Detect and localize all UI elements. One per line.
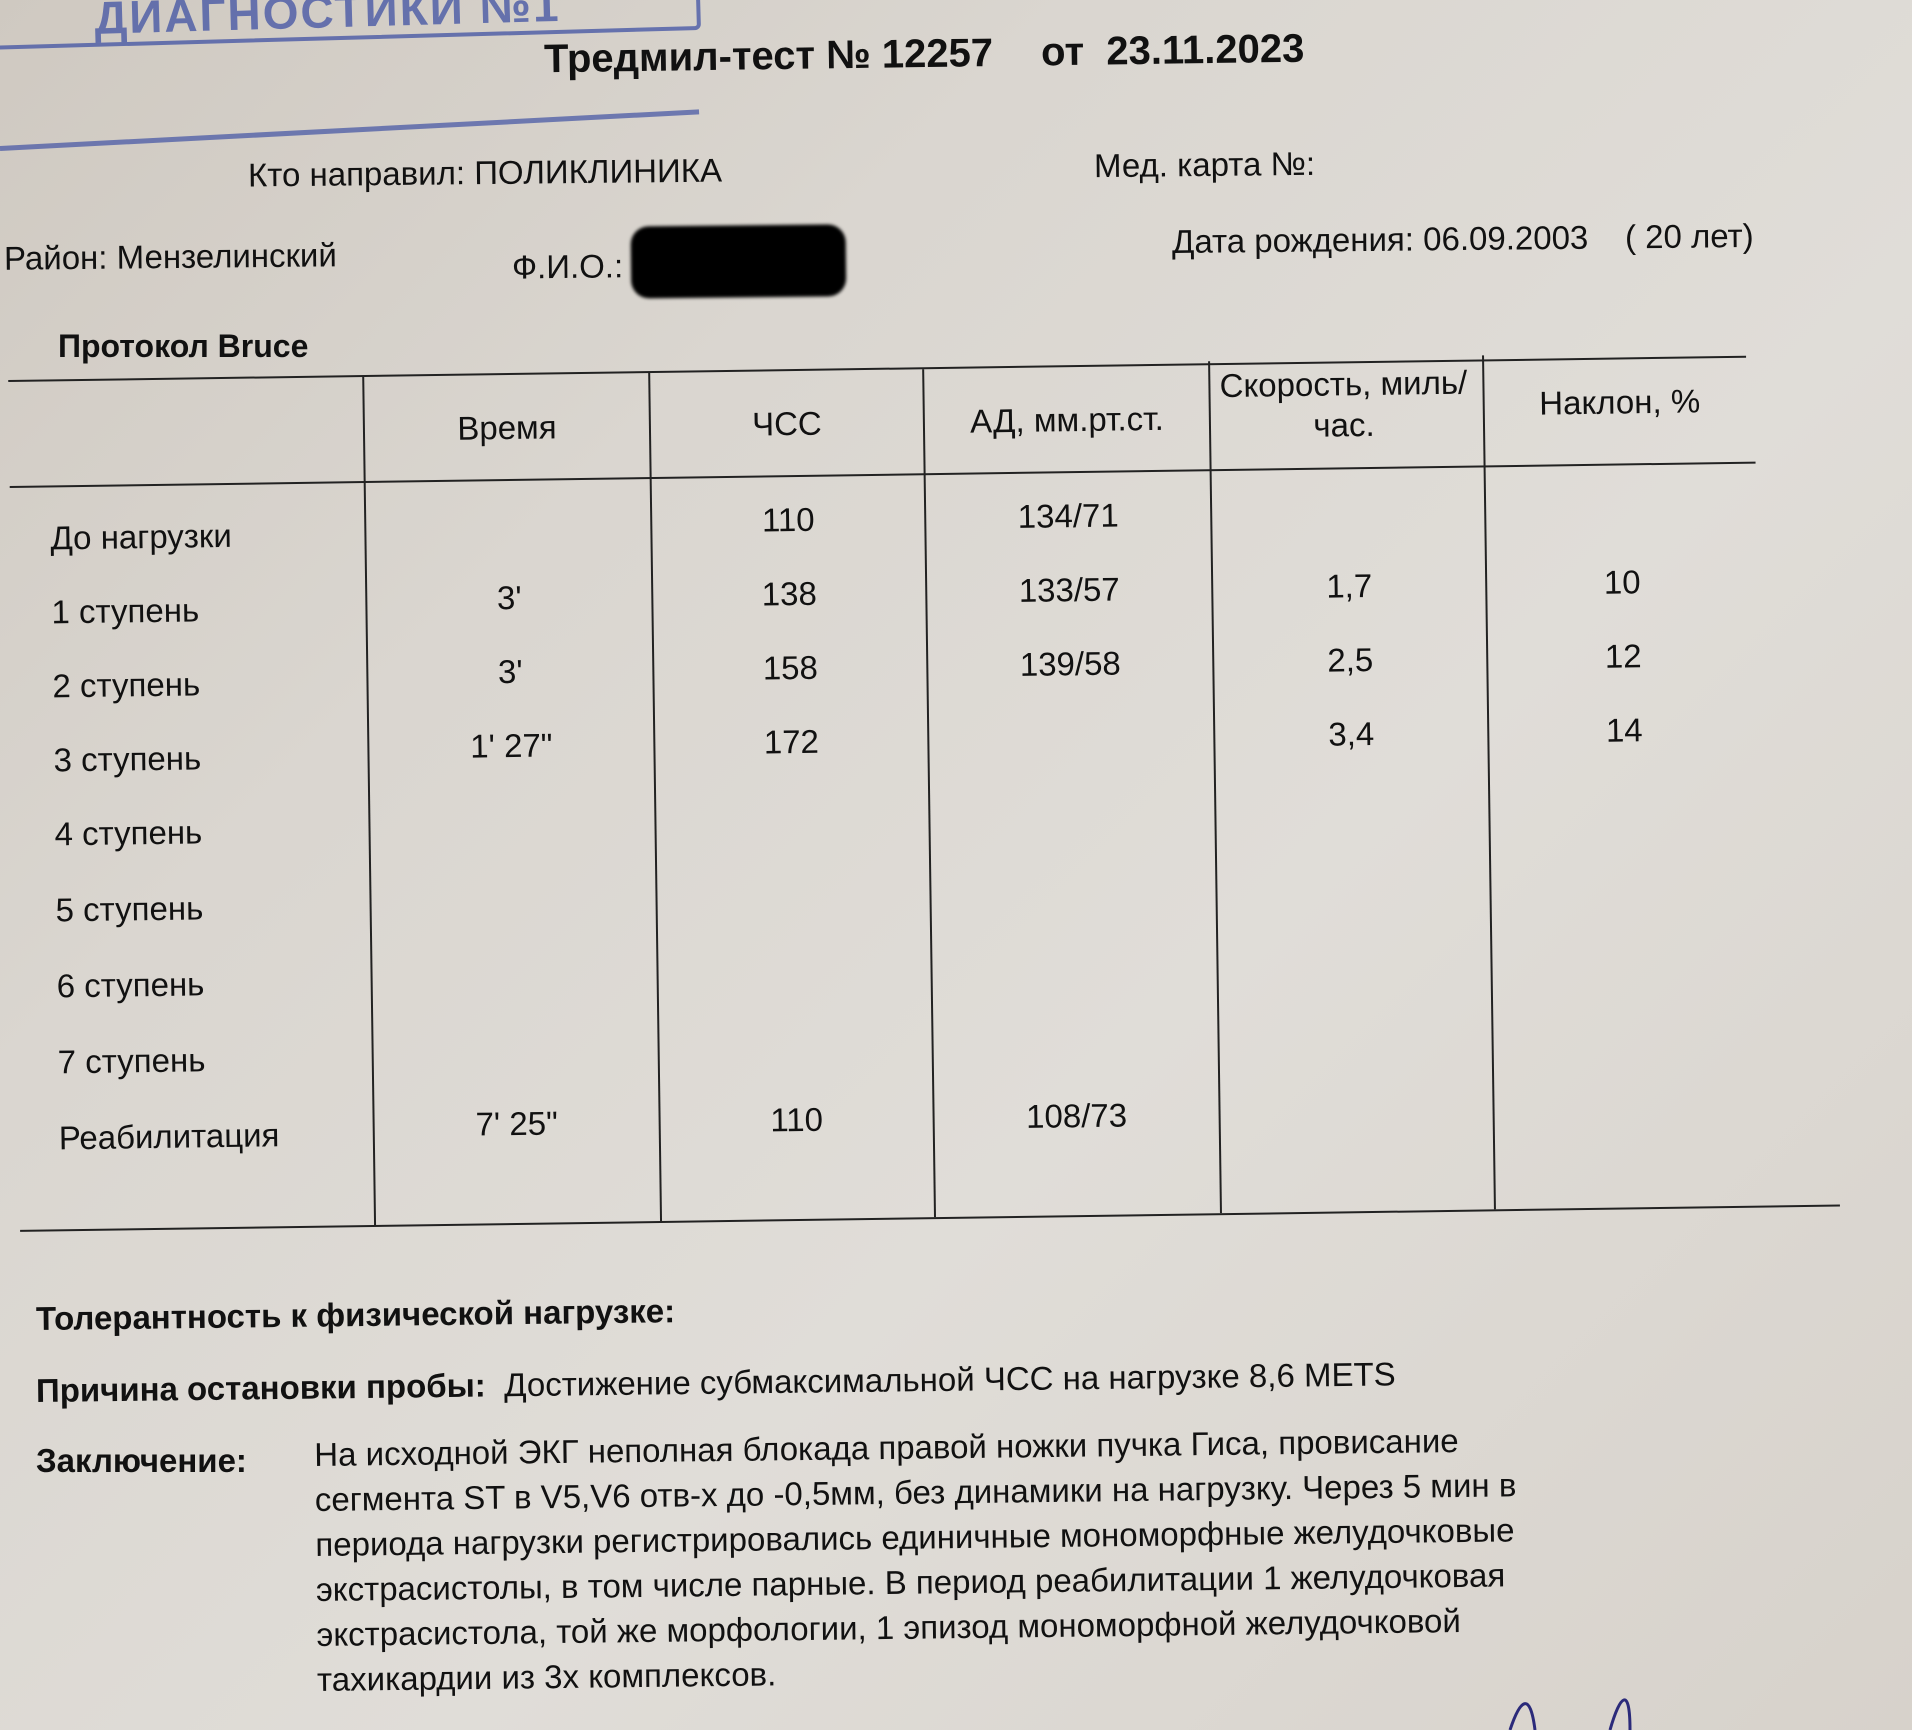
- cell-incline: [1486, 488, 1756, 492]
- cell-speed: 2,5: [1214, 639, 1487, 681]
- cell-bp: [931, 867, 1215, 871]
- cell-time: [373, 1027, 657, 1031]
- cell-bp: [929, 717, 1213, 721]
- header-time: Время: [365, 405, 650, 450]
- cell-incline: 12: [1488, 636, 1759, 678]
- district-label: Район:: [4, 239, 108, 277]
- district-value: Мензелинский: [116, 236, 337, 275]
- referred-by-field: Кто направил: ПОЛИКЛИНИКА: [248, 152, 722, 195]
- name-label: Ф.И.О.:: [512, 247, 624, 285]
- table-bottom-border: [20, 1205, 1840, 1232]
- tolerance-label: Толерантность к физической нагрузке:: [36, 1292, 676, 1337]
- stress-test-table: Время ЧСС АД, мм.рт.ст. Скорость, миль/ч…: [8, 340, 1760, 1244]
- row-stage-label: До нагрузки: [50, 517, 232, 558]
- signature: [1490, 1690, 1690, 1730]
- cell-time: 3': [368, 651, 653, 693]
- column-divider: [648, 373, 662, 1221]
- cell-incline: 14: [1489, 710, 1760, 752]
- cell-hr: 138: [653, 573, 926, 615]
- cell-incline: [1494, 1088, 1764, 1092]
- cell-bp: [933, 1019, 1217, 1023]
- row-stage-label: Реабилитация: [59, 1116, 280, 1157]
- name-field: Ф.И.О.:: [512, 230, 847, 305]
- referred-by-label: Кто направил:: [248, 154, 465, 193]
- med-card-label: Мед. карта №:: [1094, 145, 1315, 184]
- conclusion-label: Заключение:: [36, 1442, 247, 1480]
- cell-time: 3': [367, 577, 652, 619]
- cell-time: 7' 25": [374, 1103, 659, 1145]
- header-bp: АД, мм.рт.ст.: [925, 397, 1210, 442]
- row-stage-label: 6 ступень: [56, 965, 204, 1005]
- age: ( 20 лет): [1625, 217, 1754, 255]
- cell-incline: [1490, 784, 1760, 788]
- cell-speed: [1217, 863, 1489, 867]
- cell-time: [366, 503, 650, 507]
- row-stage-label: 5 ступень: [55, 889, 203, 929]
- cell-hr: [656, 795, 928, 799]
- row-stage-label: 1 ступень: [51, 591, 199, 631]
- column-divider: [362, 377, 376, 1225]
- cell-time: [370, 799, 654, 803]
- cell-speed: 3,4: [1215, 713, 1488, 755]
- cell-speed: [1212, 491, 1484, 495]
- cell-time: [372, 951, 656, 955]
- cell-incline: [1492, 936, 1762, 940]
- cell-time: 1' 27": [369, 725, 654, 767]
- cell-speed: [1218, 939, 1490, 943]
- cell-hr: [658, 947, 930, 951]
- stop-reason-value: Достижение субмаксимальной ЧСС на нагруз…: [504, 1355, 1396, 1403]
- cell-hr: 110: [660, 1099, 933, 1141]
- birth-label: Дата рождения:: [1172, 221, 1414, 261]
- table-top-border: [8, 356, 1746, 382]
- title-text: Тредмил-тест № 12257: [544, 31, 994, 81]
- cell-speed: 1,7: [1213, 565, 1486, 607]
- cell-speed: [1216, 787, 1488, 791]
- stamp-text: ДИАГНОСТИКИ №1: [94, 0, 561, 45]
- cell-bp: [930, 791, 1214, 795]
- cell-bp: [932, 943, 1216, 947]
- column-divider: [1208, 361, 1222, 1213]
- stamp-underline: [0, 109, 699, 151]
- stop-reason-row: Причина остановки пробы: Достижение субм…: [36, 1355, 1396, 1410]
- document-page: ДИАГНОСТИКИ №1 Тредмил-тест № 12257от 23…: [0, 0, 1912, 1730]
- cell-hr: [657, 871, 929, 875]
- column-divider: [922, 369, 936, 1217]
- cell-bp: 139/58: [928, 643, 1213, 685]
- cell-incline: [1491, 860, 1761, 864]
- cell-bp: 108/73: [934, 1095, 1219, 1137]
- conclusion-text: На исходной ЭКГ неполная блокада правой …: [314, 1414, 1777, 1702]
- birth-date: 06.09.2003: [1423, 219, 1589, 258]
- cell-incline: [1493, 1012, 1763, 1016]
- referred-by-value: ПОЛИКЛИНИКА: [474, 152, 722, 192]
- header-hr: ЧСС: [651, 401, 924, 446]
- stop-reason-label: Причина остановки пробы:: [36, 1367, 486, 1409]
- cell-hr: [659, 1023, 931, 1027]
- cell-bp: 133/57: [927, 569, 1212, 611]
- row-stage-label: 2 ступень: [52, 665, 200, 705]
- document-title: Тредмил-тест № 12257от 23.11.2023: [544, 27, 1305, 83]
- birth-date-field: Дата рождения: 06.09.2003 ( 20 лет): [1172, 217, 1754, 261]
- row-stage-label: 3 ступень: [53, 739, 201, 779]
- cell-hr: 172: [655, 721, 928, 763]
- cell-hr: 158: [654, 647, 927, 689]
- title-date: 23.11.2023: [1106, 27, 1305, 74]
- header-incline: Наклон, %: [1484, 380, 1755, 425]
- med-card-field: Мед. карта №:: [1094, 145, 1315, 185]
- column-divider: [1482, 355, 1496, 1209]
- table-header-border: [10, 462, 1756, 488]
- cell-speed: [1219, 1015, 1491, 1019]
- redacted-name: [631, 224, 847, 298]
- title-date-label: от: [1041, 30, 1085, 75]
- district-field: Район: Мензелинский: [4, 236, 337, 277]
- cell-time: [371, 875, 655, 879]
- tolerance-row: Толерантность к физической нагрузке:: [36, 1292, 676, 1338]
- header-speed: Скорость, миль/час.: [1218, 362, 1469, 448]
- cell-speed: [1220, 1091, 1492, 1095]
- row-stage-label: 4 ступень: [54, 813, 202, 853]
- row-stage-label: 7 ступень: [57, 1041, 205, 1081]
- cell-incline: 10: [1487, 562, 1758, 604]
- cell-hr: 110: [652, 499, 925, 541]
- cell-bp: 134/71: [926, 495, 1211, 537]
